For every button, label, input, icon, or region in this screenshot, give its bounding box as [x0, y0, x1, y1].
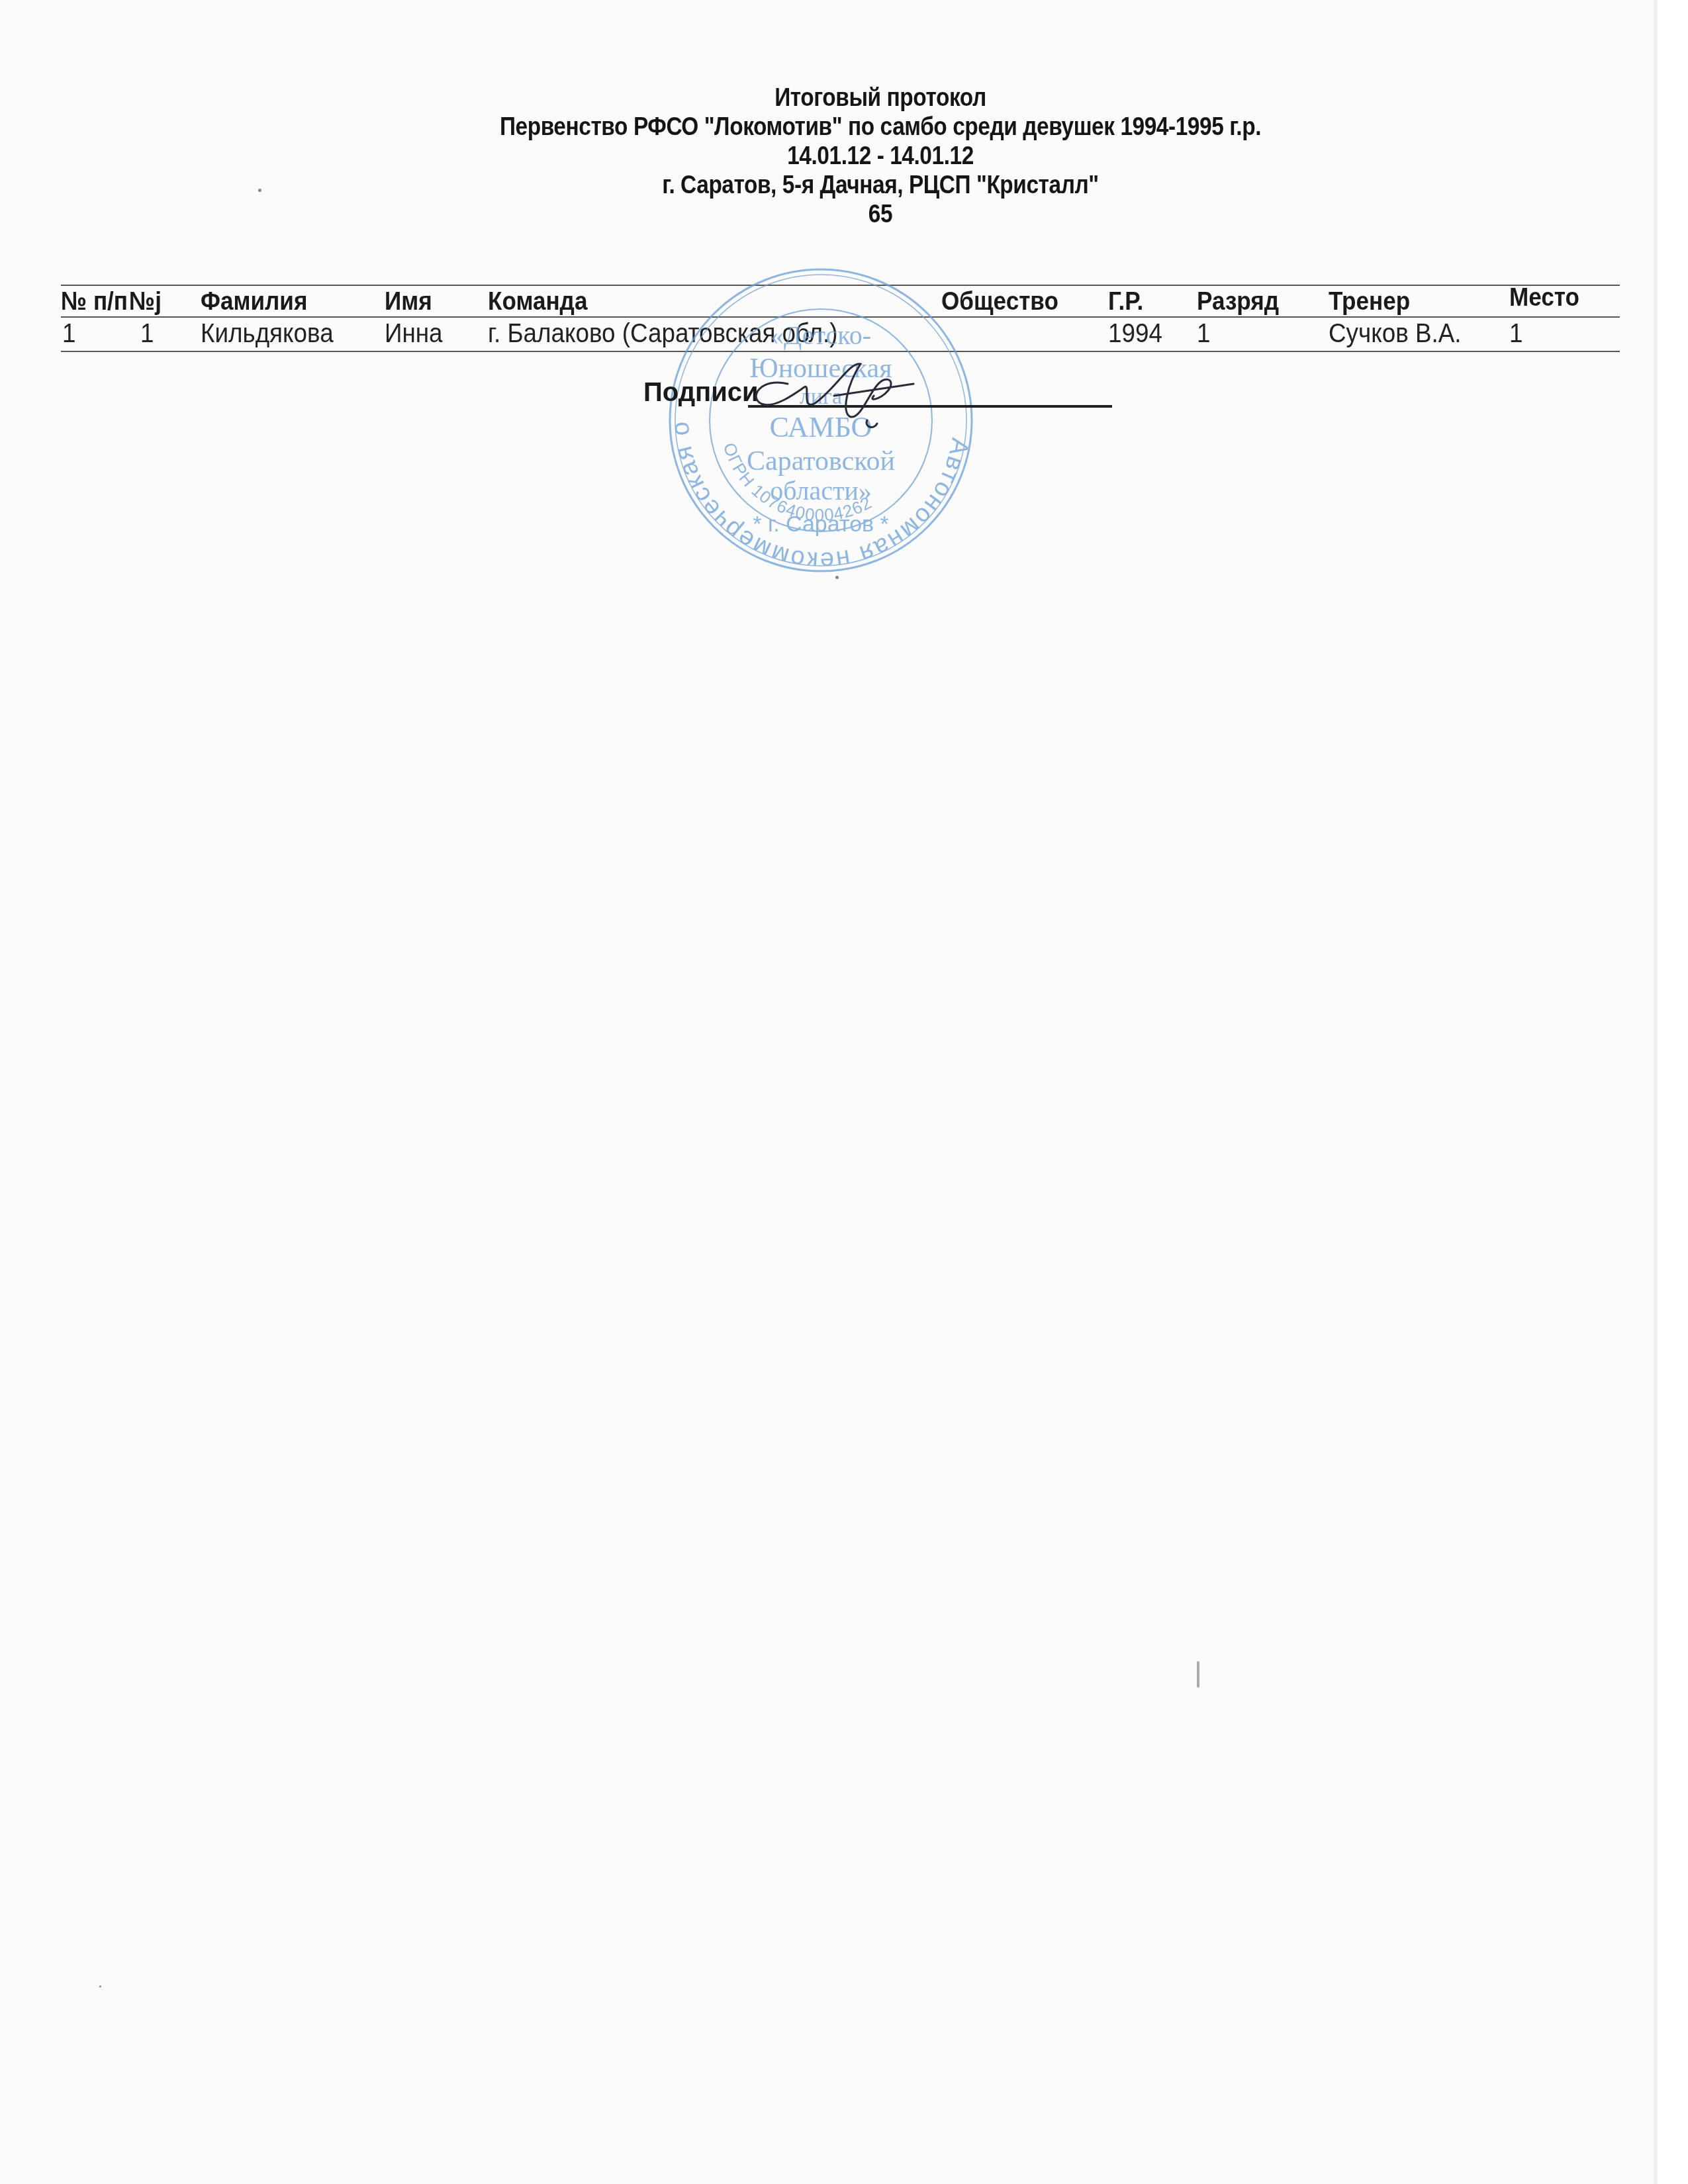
- svg-text:Саратовской: Саратовской: [747, 446, 895, 477]
- col-header-coach: Тренер: [1329, 286, 1410, 318]
- col-header-team: Команда: [488, 286, 587, 318]
- scan-speck: [835, 576, 839, 579]
- cell-surname: Кильдякова: [201, 318, 334, 349]
- col-header-place: Место: [1509, 282, 1579, 314]
- cell-num: 1: [62, 318, 75, 349]
- event-dates: 14.01.12 - 14.01.12: [106, 142, 1656, 171]
- scan-speck: [1197, 1661, 1199, 1688]
- scan-speck: [258, 189, 261, 192]
- svg-text:«Детско-: «Детско-: [771, 320, 871, 350]
- cell-birth-year: 1994: [1108, 318, 1162, 349]
- cell-rank: 1: [1197, 318, 1210, 349]
- event-name: Первенство РФСО "Локомотив" по самбо сре…: [106, 113, 1656, 142]
- col-header-num: № п/п: [61, 286, 128, 318]
- event-venue: г. Саратов, 5-я Дачная, РЦСП "Кристалл": [106, 171, 1656, 200]
- cell-place: 1: [1509, 318, 1523, 349]
- col-header-birth-year: Г.Р.: [1108, 286, 1143, 318]
- handwritten-signature: [735, 357, 933, 437]
- scan-speck: [99, 1985, 101, 1987]
- svg-text:области»: области»: [770, 476, 872, 506]
- scan-edge: [1654, 0, 1688, 2184]
- protocol-header: Итоговый протокол Первенство РФСО "Локом…: [0, 83, 1688, 229]
- weight-category: 65: [106, 200, 1656, 229]
- col-header-name: Имя: [385, 286, 432, 318]
- cell-draw-num: 1: [140, 318, 154, 349]
- col-header-surname: Фамилия: [201, 286, 307, 318]
- col-header-draw-num: №j: [129, 286, 162, 318]
- col-header-rank: Разряд: [1197, 286, 1279, 318]
- cell-name: Инна: [385, 318, 443, 349]
- stamp-city-text: * г. Саратов *: [753, 512, 889, 537]
- protocol-title: Итоговый протокол: [106, 83, 1656, 113]
- document-page: Итоговый протокол Первенство РФСО "Локом…: [0, 0, 1688, 2184]
- cell-coach: Сучков В.А.: [1329, 318, 1461, 349]
